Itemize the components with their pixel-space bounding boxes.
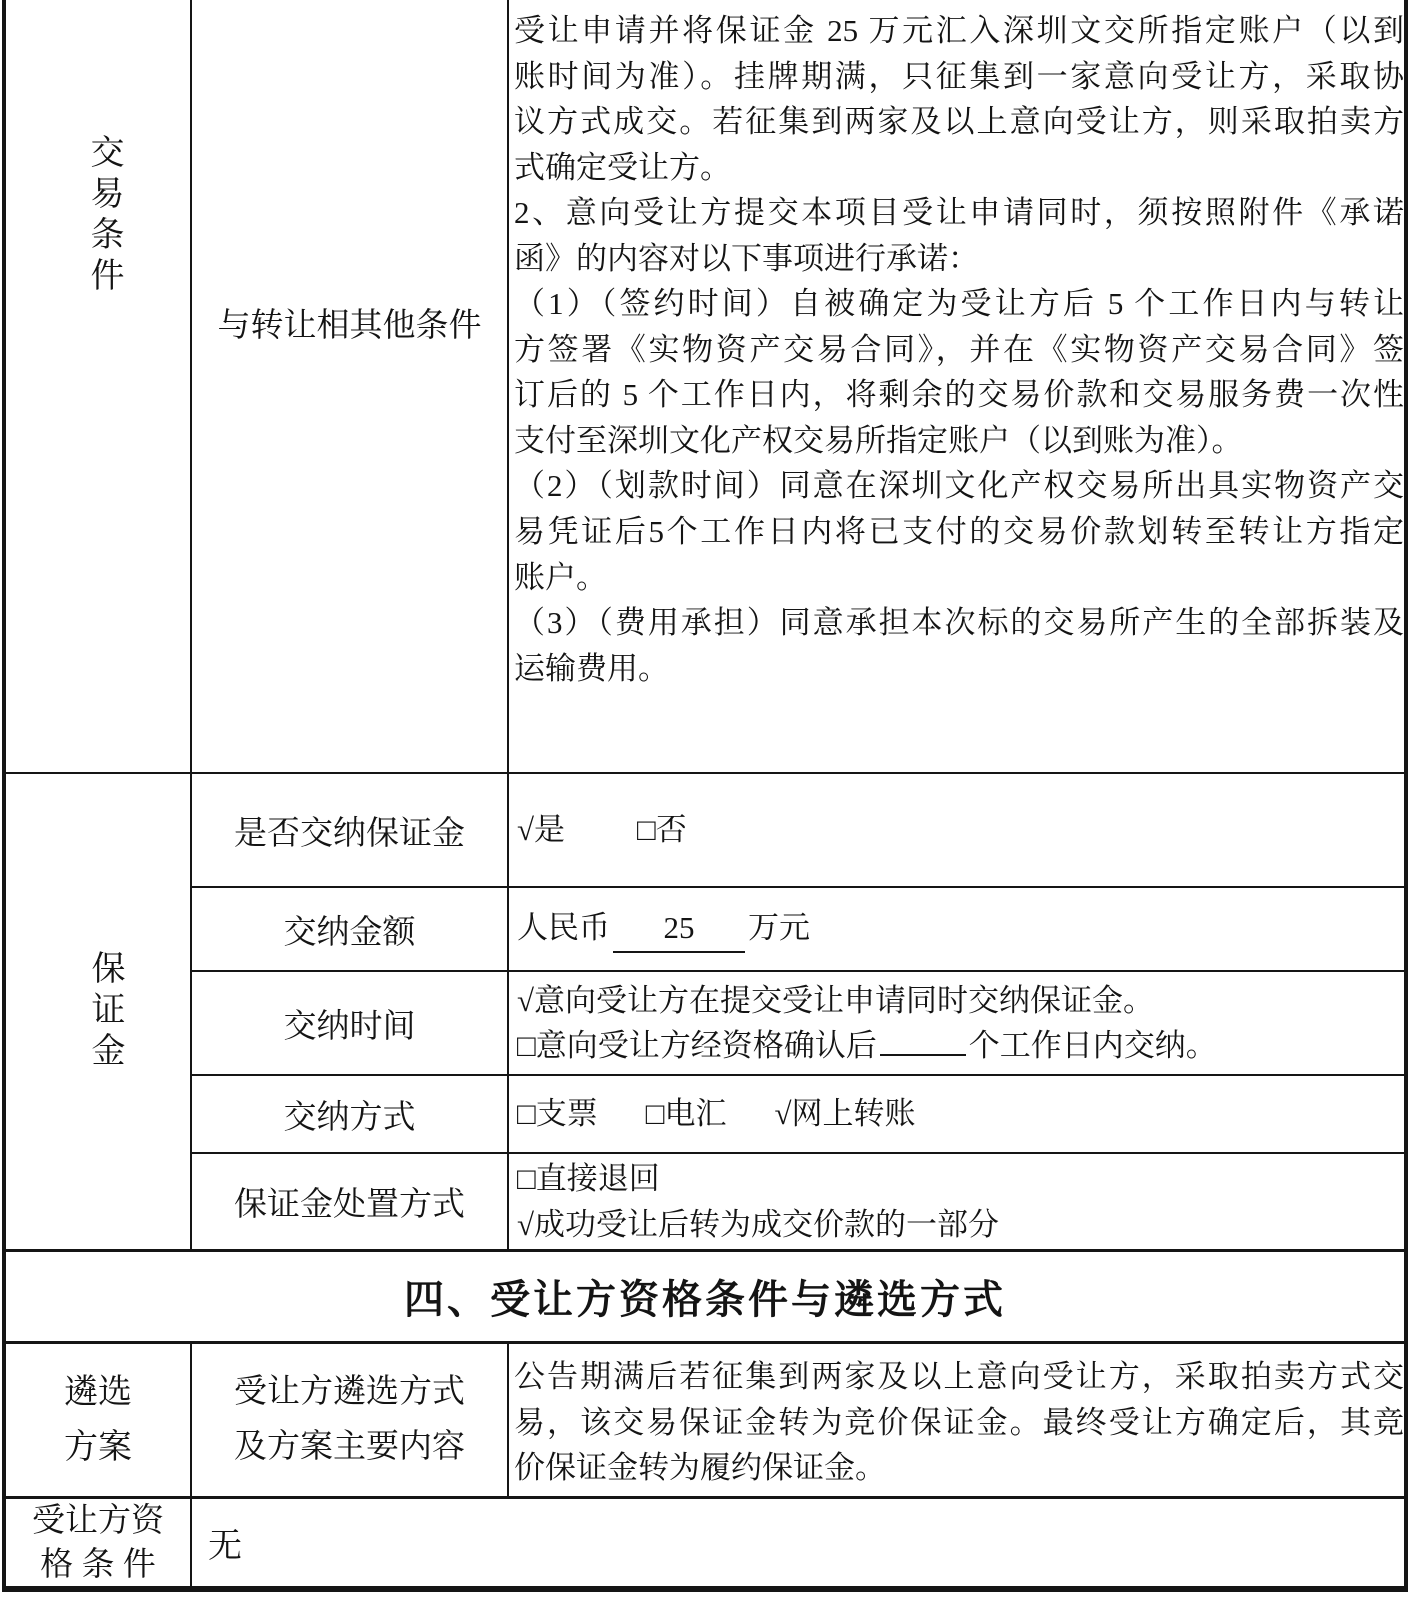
selection-method-label-line2: 及方案主要内容 [234, 1420, 465, 1475]
text-line: 易，该交易保证金转为竞价保证金。最终受让方确定后，其竞 [514, 1400, 1404, 1446]
text-line: 函》的内容对以下事项进行承诺： [514, 236, 1404, 282]
text-line: （1）（签约时间）自被确定为受让方后 5 个工作日内与转让 [514, 281, 1404, 327]
text-line: 2、意向受让方提交本项目受让申请同时，须按照附件《承诺 [514, 190, 1404, 236]
text-line: 账时间为准）。挂牌期满，只征集到一家意向受让方，采取协 [514, 54, 1404, 100]
text-line: （2）（划款时间）同意在深圳文化产权交易所出具实物资产交 [514, 463, 1404, 509]
other-terms-content: 受让申请并将保证金 25 万元汇入深圳文交所指定账户（以到 账时间为准）。挂牌期… [514, 8, 1404, 691]
selection-plan-label-line1: 遴选 [64, 1365, 132, 1420]
currency-suffix: 万元 [748, 910, 810, 945]
payment-time-label: 交纳时间 [192, 972, 507, 1074]
selection-method-label-line1: 受让方遴选方式 [234, 1365, 465, 1420]
transferee-qualification-label-line2: 格 条 件 [40, 1543, 156, 1587]
deposit-required-value: √是□否 [509, 774, 1404, 886]
selection-plan-label-line2: 方案 [64, 1420, 132, 1475]
grid-line-right-border [1404, 0, 1408, 1592]
checkbox-cheque: □支票 [517, 1096, 598, 1131]
checkbox-online-transfer: √网上转账 [774, 1096, 915, 1131]
payment-time-option-1: √意向受让方在提交受让申请同时交纳保证金。 [517, 978, 1404, 1024]
text-line: 公告期满后若征集到两家及以上意向受让方，采取拍卖方式交 [514, 1354, 1404, 1400]
disposal-option-1: □直接退回 [517, 1156, 1404, 1202]
selection-method-content: 公告期满后若征集到两家及以上意向受让方，采取拍卖方式交 易，该交易保证金转为竞价… [514, 1354, 1404, 1491]
grid-line-col2-lower [507, 1344, 509, 1498]
payment-method-value: □支票□电汇√网上转账 [509, 1076, 1404, 1152]
grid-line-bottom-border [2, 1586, 1408, 1592]
option-2-pre: □意向受让方经资格确认后 [517, 1028, 877, 1063]
text-line: 易凭证后5个工作日内将已支付的交易价款划转至转让方指定 [514, 509, 1404, 555]
deposit-disposal-value: □直接退回 √成功受让后转为成交价款的一部分 [509, 1154, 1404, 1249]
currency-prefix: 人民币 [517, 910, 610, 945]
text-line: 价保证金转为履约保证金。 [514, 1445, 1404, 1491]
deposit-section-label: 保证金 [80, 950, 129, 1090]
text-line: 受让申请并将保证金 25 万元汇入深圳文交所指定账户（以到 [514, 8, 1404, 54]
payment-method-options: □支票□电汇√网上转账 [517, 1091, 1404, 1137]
checkbox-wire: □电汇 [646, 1096, 727, 1131]
document-page: 交易条件 与转让相其他条件 受让申请并将保证金 25 万元汇入深圳文交所指定账户… [0, 0, 1418, 1600]
selection-plan-label: 遴选 方案 [6, 1344, 190, 1496]
selection-method-label: 受让方遴选方式 及方案主要内容 [192, 1344, 507, 1496]
qualification-content: 无 [192, 1499, 1404, 1586]
text-line: 式确定受让方。 [514, 145, 1404, 191]
transferee-qualification-label: 受让方资 格 条 件 [6, 1499, 190, 1586]
days-blank-field [880, 1054, 966, 1056]
deposit-amount-line: 人民币25万元 [517, 905, 1404, 953]
deposit-required-options: √是□否 [517, 807, 1404, 853]
deposit-amount-label: 交纳金额 [192, 888, 507, 970]
checkbox-no: □否 [637, 812, 687, 847]
payment-time-value: √意向受让方在提交受让申请同时交纳保证金。 □意向受让方经资格确认后个工作日内交… [509, 972, 1404, 1074]
transaction-conditions-label: 交易条件 [79, 134, 128, 334]
text-line: 账户。 [514, 555, 1404, 601]
payment-method-label: 交纳方式 [192, 1076, 507, 1152]
text-line: 议方式成交。若征集到两家及以上意向受让方，则采取拍卖方 [514, 99, 1404, 145]
checkbox-yes: √是 [517, 812, 565, 847]
deposit-amount-value: 人民币25万元 [509, 888, 1404, 970]
text-line: 运输费用。 [514, 646, 1404, 692]
deposit-disposal-label: 保证金处置方式 [192, 1154, 507, 1249]
deposit-required-label: 是否交纳保证金 [192, 774, 507, 886]
option-2-post: 个工作日内交纳。 [969, 1028, 1217, 1063]
amount-blank-field: 25 [613, 905, 745, 953]
text-line: （3）（费用承担）同意承担本次标的交易所产生的全部拆装及 [514, 600, 1404, 646]
disposal-option-2: √成功受让后转为成交价款的一部分 [517, 1202, 1404, 1248]
section-four-title: 四、受让方资格条件与遴选方式 [6, 1252, 1404, 1341]
text-line: 支付至深圳文化产权交易所指定账户（以到账为准）。 [514, 418, 1404, 464]
payment-time-option-2: □意向受让方经资格确认后个工作日内交纳。 [517, 1023, 1404, 1069]
text-line: 方签署《实物资产交易合同》，并在《实物资产交易合同》签 [514, 327, 1404, 373]
text-line: 订后的 5 个工作日内，将剩余的交易价款和交易服务费一次性 [514, 372, 1404, 418]
transferee-qualification-label-line1: 受让方资 [32, 1499, 164, 1543]
other-terms-label: 与转让相其他条件 [192, 302, 507, 342]
